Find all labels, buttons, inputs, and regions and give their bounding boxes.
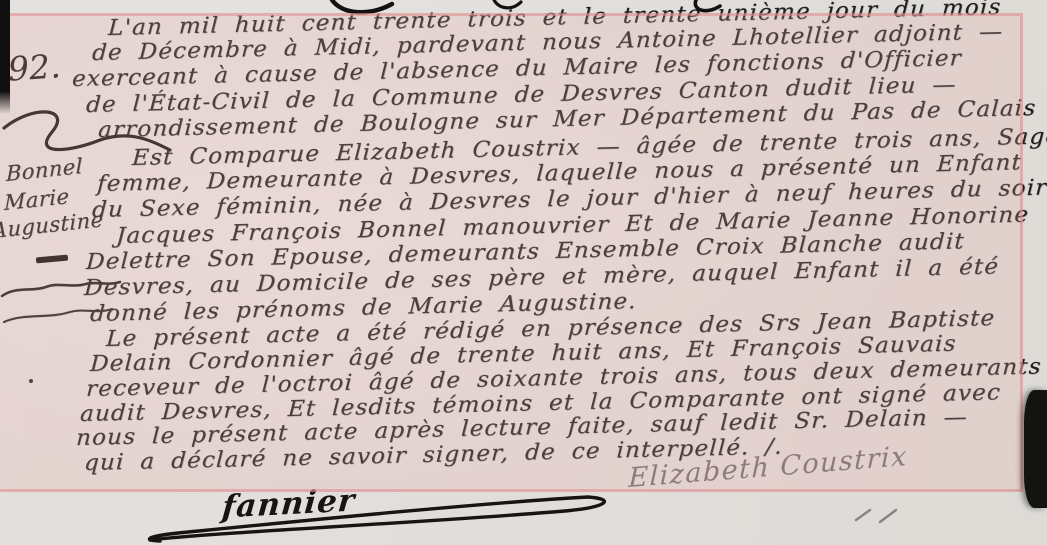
scan-edge-artifact [1024,390,1047,508]
act-number: 92. [7,46,62,89]
scan-edge-artifact [0,0,10,114]
document-scan: 92. Bonnel Marie Augustine L'an mil huit… [0,0,1047,545]
margin-separator-dash [36,255,68,264]
ink-dot [29,379,33,383]
margin-name-line: Marie [4,184,69,215]
margin-name-line: Bonnel [6,154,83,186]
signature-officiant: fannier [221,482,357,525]
signature-swash [150,497,605,541]
signature-paraph-ticks [856,510,896,522]
